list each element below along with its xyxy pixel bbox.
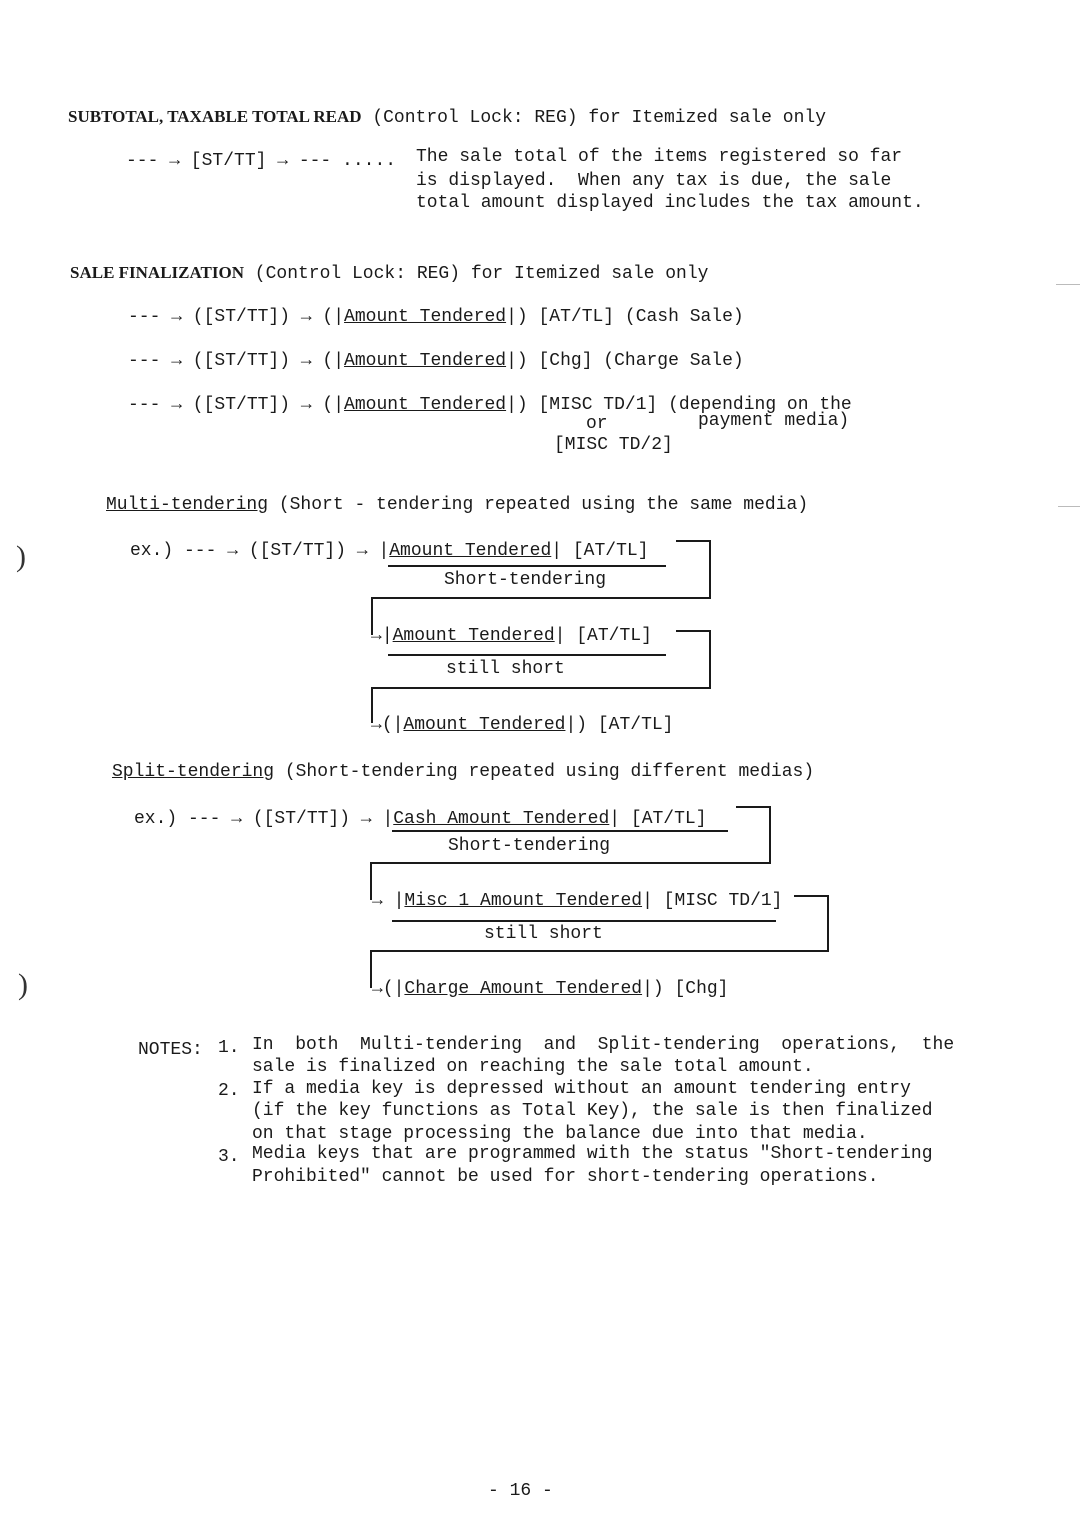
row-prefix: --- → ([ST/TT]) → (| <box>128 351 344 371</box>
flow-connector <box>769 806 771 863</box>
multi-step-3: →(|Amount Tendered|) [AT/TL] <box>371 714 673 736</box>
bar: (| <box>382 715 404 735</box>
subtotal-desc-line-2: is displayed. When any tax is due, the s… <box>416 170 891 192</box>
or-label: or <box>586 413 608 435</box>
key-label: | [AT/TL] <box>551 541 648 561</box>
note-3-line-1: Media keys that are programmed with the … <box>252 1143 933 1165</box>
split-step-2: → |Misc 1 Amount Tendered| [MISC TD/1] <box>372 890 783 912</box>
flow-connector <box>794 895 828 897</box>
bar: | <box>394 891 405 911</box>
key-label: | [AT/TL] <box>555 626 652 646</box>
flow-connector <box>370 950 829 952</box>
divider <box>392 830 728 832</box>
subtotal-desc-line-1: The sale total of the items registered s… <box>416 146 902 168</box>
split-note-still-short: still short <box>484 923 603 945</box>
key-label: | [AT/TL] <box>609 809 706 829</box>
row-prefix: --- → ([ST/TT]) → (| <box>128 307 344 327</box>
note-1-line-1: In both Multi-tendering and Split-tender… <box>252 1034 954 1056</box>
scan-edge-mark <box>1056 284 1080 285</box>
flow-connector <box>709 540 711 598</box>
subtotal-heading-bold: SUBTOTAL, TAXABLE TOTAL READ <box>68 107 362 126</box>
divider <box>392 920 776 922</box>
split-step-1: ex.) --- → ([ST/TT]) → |Cash Amount Tend… <box>134 808 707 830</box>
flow-connector <box>371 687 711 689</box>
example-prefix: ex.) --- → ([ST/TT]) → | <box>134 809 393 829</box>
note-1-line-2: sale is finalized on reaching the sale t… <box>252 1056 814 1078</box>
amount-tendered: Misc 1 Amount Tendered <box>404 891 642 911</box>
example-prefix: ex.) --- → ([ST/TT]) → | <box>130 541 389 561</box>
multi-note-still-short: still short <box>446 658 565 680</box>
note-2-line-3: on that stage processing the balance due… <box>252 1123 868 1145</box>
note-3-line-2: Prohibited" cannot be used for short-ten… <box>252 1166 879 1188</box>
arrow-icon: → <box>371 626 382 646</box>
amount-tendered: Cash Amount Tendered <box>393 809 609 829</box>
amount-tendered: Amount Tendered <box>403 715 565 735</box>
multi-tendering-subtitle: (Short - tendering repeated using the sa… <box>268 495 808 515</box>
note-3-number: 3. <box>218 1146 240 1168</box>
key-label: | [MISC TD/1] <box>642 891 782 911</box>
multi-tendering-heading: Multi-tendering (Short - tendering repea… <box>106 494 808 516</box>
split-tendering-title: Split-tendering <box>112 762 274 782</box>
binding-mark: ) <box>16 540 26 574</box>
finalization-row-cash: --- → ([ST/TT]) → (|Amount Tendered|) [A… <box>128 306 744 328</box>
note-1-number: 1. <box>218 1037 240 1059</box>
split-step-3: →(|Charge Amount Tendered|) [Chg] <box>372 978 728 1000</box>
bar: (| <box>383 979 405 999</box>
misc-td2-label: [MISC TD/2] <box>554 434 673 456</box>
flow-connector <box>709 630 711 687</box>
multi-step-2: →|Amount Tendered| [AT/TL] <box>371 625 652 647</box>
multi-step-1: ex.) --- → ([ST/TT]) → |Amount Tendered|… <box>130 540 649 562</box>
split-note-short: Short-tendering <box>448 835 610 857</box>
arrow-icon: → <box>372 979 383 999</box>
arrow-icon: → <box>372 891 394 911</box>
amount-tendered: Charge Amount Tendered <box>404 979 642 999</box>
amount-tendered: Amount Tendered <box>389 541 551 561</box>
payment-media-label: payment media) <box>698 410 849 432</box>
bar: | <box>382 626 393 646</box>
divider <box>388 565 666 567</box>
note-2-number: 2. <box>218 1080 240 1102</box>
subtotal-sequence: --- → [ST/TT] → --- ..... <box>126 150 396 172</box>
flow-connector <box>371 597 711 599</box>
multi-tendering-title: Multi-tendering <box>106 495 268 515</box>
subtotal-desc-line-3: total amount displayed includes the tax … <box>416 192 924 214</box>
arrow-icon: → <box>371 715 382 735</box>
divider <box>388 654 666 656</box>
scan-edge-mark <box>1058 506 1080 507</box>
note-2-line-2: (if the key functions as Total Key), the… <box>252 1100 933 1122</box>
finalization-heading-rest: (Control Lock: REG) for Itemized sale on… <box>244 264 708 284</box>
finalization-heading-bold: SALE FINALIZATION <box>70 263 244 282</box>
amount-tendered: Amount Tendered <box>344 351 506 371</box>
flow-connector <box>736 806 770 808</box>
subtotal-heading: SUBTOTAL, TAXABLE TOTAL READ (Control Lo… <box>68 106 826 129</box>
row-suffix: |) [AT/TL] (Cash Sale) <box>506 307 744 327</box>
flow-connector <box>370 862 771 864</box>
row-suffix: |) [Chg] (Charge Sale) <box>506 351 744 371</box>
flow-connector <box>676 630 710 632</box>
subtotal-heading-rest: (Control Lock: REG) for Itemized sale on… <box>362 108 826 128</box>
row-prefix: --- → ([ST/TT]) → (| <box>128 395 344 415</box>
amount-tendered: Amount Tendered <box>393 626 555 646</box>
notes-label: NOTES: <box>138 1039 203 1061</box>
finalization-row-charge: --- → ([ST/TT]) → (|Amount Tendered|) [C… <box>128 350 744 372</box>
binding-mark: ) <box>18 968 28 1002</box>
page-number: - 16 - <box>488 1480 553 1502</box>
amount-tendered: Amount Tendered <box>344 307 506 327</box>
key-label: |) [Chg] <box>642 979 728 999</box>
note-2-line-1: If a media key is depressed without an a… <box>252 1078 911 1100</box>
split-tendering-heading: Split-tendering (Short-tendering repeate… <box>112 761 814 783</box>
key-label: |) [AT/TL] <box>565 715 673 735</box>
finalization-heading: SALE FINALIZATION (Control Lock: REG) fo… <box>70 262 708 285</box>
flow-connector <box>676 540 710 542</box>
split-tendering-subtitle: (Short-tendering repeated using differen… <box>274 762 814 782</box>
amount-tendered: Amount Tendered <box>344 395 506 415</box>
multi-note-short: Short-tendering <box>444 569 606 591</box>
flow-connector <box>827 895 829 950</box>
